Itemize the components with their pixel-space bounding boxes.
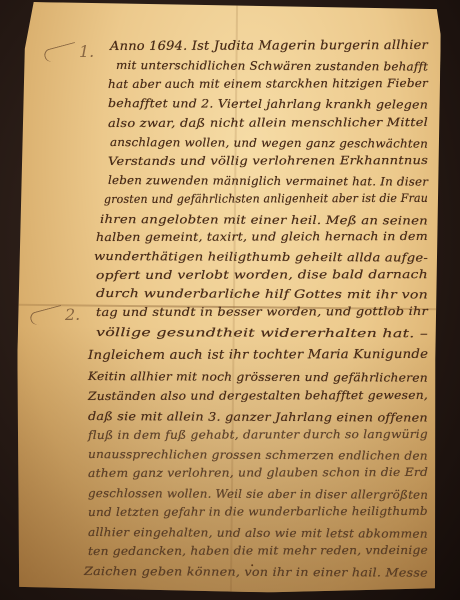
manuscript-line: daß sie mit allein 3. ganzer Jahrlang ei… [88, 409, 428, 425]
manuscript-line: Keitin allhier mit noch grösseren und ge… [88, 369, 428, 385]
manuscript-line: Ingleichem auch ist ihr tochter Maria Ku… [88, 346, 428, 362]
manuscript-line: und letzten gefahr in die wunderbarliche… [88, 504, 428, 519]
manuscript-line: völlige gesundtheit widererhalten hat. – [96, 325, 428, 340]
flourish-icon [43, 42, 78, 63]
manuscript-line: halben gemeint, taxirt, und gleich herna… [96, 229, 428, 244]
manuscript-line: behafftet und 2. Viertel jahrlang krankh… [108, 96, 428, 112]
manuscript-line: ten gedancken, haben die mit mehr reden,… [88, 543, 428, 558]
manuscript-line: unaussprechlichen grossen schmerzen endl… [88, 447, 428, 463]
marker-label: 2. [65, 305, 80, 324]
margin-marker: 2. [30, 305, 80, 324]
manuscript-line: wunderthätigen heiligthumb geheilt allda… [94, 249, 428, 265]
manuscript-line: Zaichen geben können, von ihr in einer h… [84, 564, 428, 580]
manuscript-line: opfert und verlobt worden, dise bald dar… [96, 267, 428, 282]
manuscript-line: grosten und gefährlichsten anligenheit a… [104, 191, 428, 206]
manuscript-line: geschlossen wollen. Weil sie aber in dis… [88, 486, 428, 502]
manuscript-line: allhier eingehalten, und also wie mit le… [88, 525, 428, 541]
margin-marker: 1. [44, 42, 94, 61]
manuscript-line: hat aber auch mit einem starckhen hitzig… [108, 76, 428, 91]
manuscript-line: leben zuwenden männiglich vermainet hat.… [108, 173, 428, 189]
manuscript-line: athem ganz verlohren, und glauben schon … [88, 465, 428, 480]
manuscript-line: Verstands und völlig verlohrenen Erkhann… [108, 153, 428, 168]
manuscript-line: durch wunderbarliche hilf Gottes mit ihr… [96, 286, 428, 301]
manuscript-line: mit unterschidlichen Schwären zustanden … [116, 58, 428, 74]
manuscript-line: tag und stundt in besser worden, und got… [96, 304, 428, 319]
manuscript-line: anschlagen wollen, und wegen ganz geschw… [110, 135, 428, 151]
manuscript-line: Zuständen also und dergestalten behaffte… [88, 388, 428, 403]
manuscript-line: Anno 1694. Ist Judita Magerin burgerin a… [110, 37, 428, 53]
manuscript-line: ihren angelobten mit einer heil. Meß an … [100, 212, 428, 227]
manuscript-line: also zwar, daß nicht allein menschlicher… [108, 115, 428, 130]
manuscript-line: fluß in dem fuß gehabt, darunter durch s… [88, 427, 428, 442]
flourish-icon [29, 305, 64, 326]
marker-label: 1. [79, 42, 94, 61]
